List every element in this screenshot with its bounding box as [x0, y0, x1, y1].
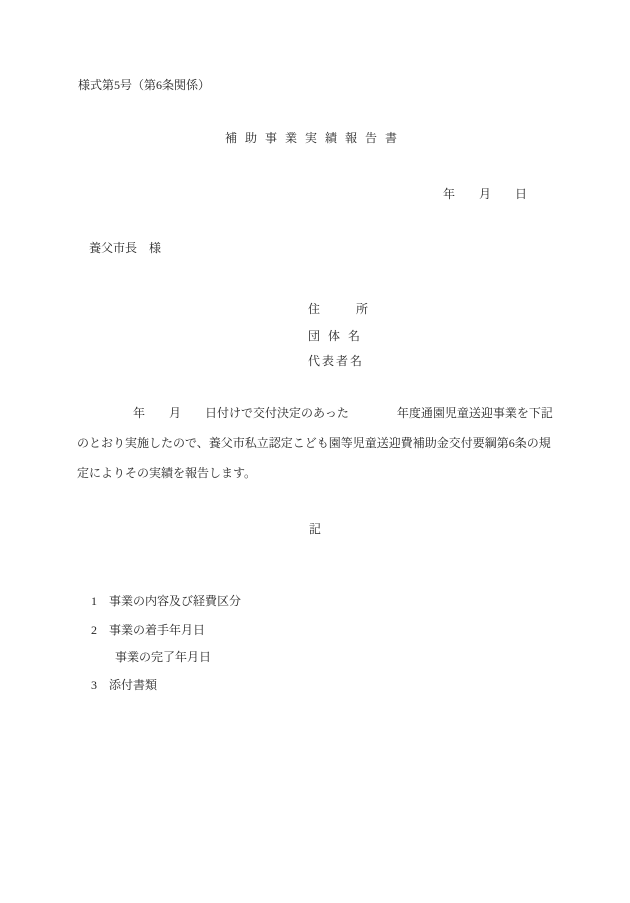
address-field-label: 住 所	[308, 300, 368, 318]
body-paragraph-line: 年 月 日付けで交付決定のあった 年度通園児童送迎事業を下記	[133, 398, 553, 428]
list-item: 1事業の内容及び経費区分	[79, 574, 241, 592]
section-marker-ki: 記	[0, 520, 630, 538]
document-title: 補助事業実績報告書	[0, 129, 630, 147]
form-number: 様式第5号（第6条関係）	[78, 76, 210, 94]
addressee: 養父市長 様	[89, 239, 161, 257]
organization-field-label: 団体名	[308, 327, 368, 345]
document-page: 様式第5号（第6条関係） 補助事業実績報告書 年 月 日 養父市長 様 住 所 …	[0, 0, 630, 903]
list-item-number: 3	[91, 676, 109, 694]
list-item: 3添付書類	[79, 658, 157, 676]
representative-field-label: 代表者名	[308, 352, 364, 370]
list-item-text: 添付書類	[109, 678, 157, 692]
list-item: 2事業の着手年月日	[79, 603, 205, 621]
body-paragraph-line: のとおり実施したので、養父市私立認定こども園等児童送迎費補助金交付要綱第6条の規	[77, 428, 551, 458]
list-item-continuation: 事業の完了年月日	[103, 630, 211, 648]
body-paragraph-line: 定によりその実績を報告します。	[77, 458, 256, 488]
date-blank-line: 年 月 日	[443, 185, 527, 203]
